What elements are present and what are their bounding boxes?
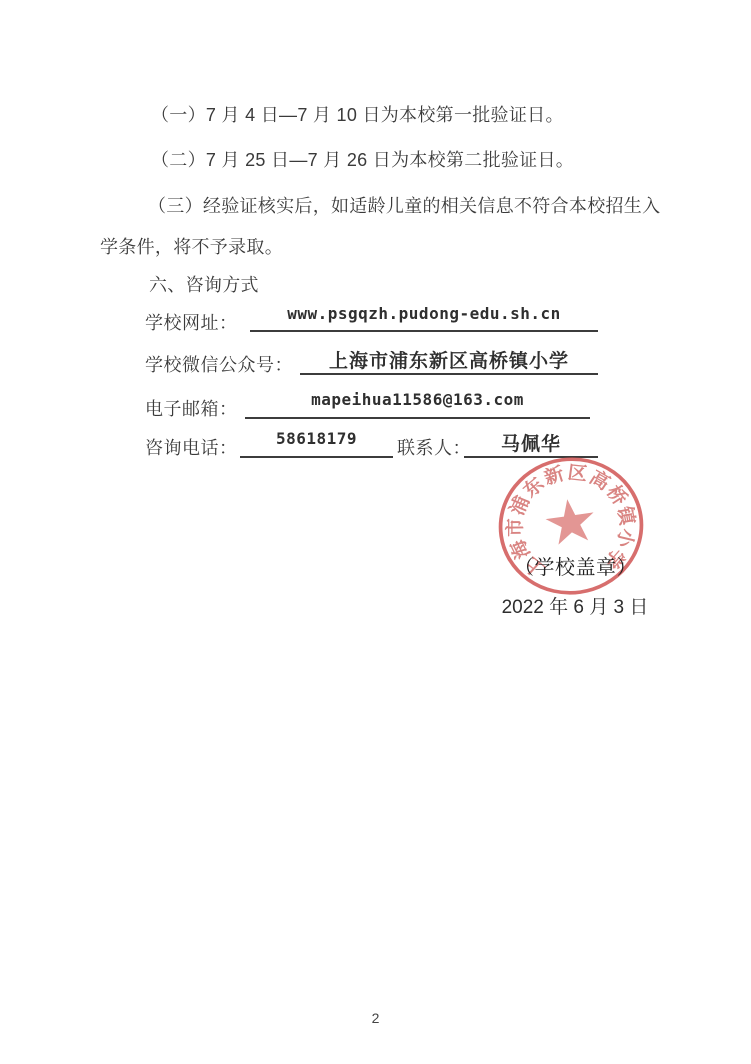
website-label: 学校网址：	[145, 309, 238, 335]
section-heading-consultation: 六、咨询方式	[149, 273, 259, 297]
paragraph-second-batch-date: （二）7 月 25 日—7 月 26 日为本校第二批验证日。	[151, 148, 574, 172]
paragraph-first-batch-date: （一）7 月 4 日—7 月 10 日为本校第一批验证日。	[151, 103, 564, 127]
document-page: （一）7 月 4 日—7 月 10 日为本校第一批验证日。 （二）7 月 25 …	[0, 0, 751, 1064]
phone-number-text: 58618179	[276, 429, 357, 448]
wechat-account-value-field: 上海市浦东新区高桥镇小学	[300, 346, 598, 375]
school-seal-stamp: 上海市浦东新区高桥镇小学	[487, 445, 655, 606]
phone-value-field: 58618179	[240, 429, 393, 458]
email-label: 电子邮箱：	[145, 395, 238, 421]
wechat-account-label: 学校微信公众号：	[145, 351, 293, 377]
website-value-field: www.psgqzh.pudong-edu.sh.cn	[250, 304, 598, 332]
email-address-text: mapeihua11586@163.com	[311, 390, 524, 409]
phone-label: 咨询电话：	[145, 434, 238, 460]
email-value-field: mapeihua11586@163.com	[245, 390, 590, 419]
contact-person-label: 联系人：	[397, 434, 471, 460]
seal-star-icon	[543, 496, 597, 546]
website-url-text: www.psgqzh.pudong-edu.sh.cn	[287, 304, 561, 323]
page-number: 2	[0, 1010, 751, 1026]
document-date: 2022 年 6 月 3 日	[495, 592, 655, 619]
seal-caption: （学校盖章）	[514, 551, 637, 580]
paragraph-verification-note-line1: （三）经验证核实后，如适龄儿童的相关信息不符合本校招生入	[148, 194, 660, 218]
paragraph-verification-note-line2: 学条件，将不予录取。	[100, 235, 283, 259]
